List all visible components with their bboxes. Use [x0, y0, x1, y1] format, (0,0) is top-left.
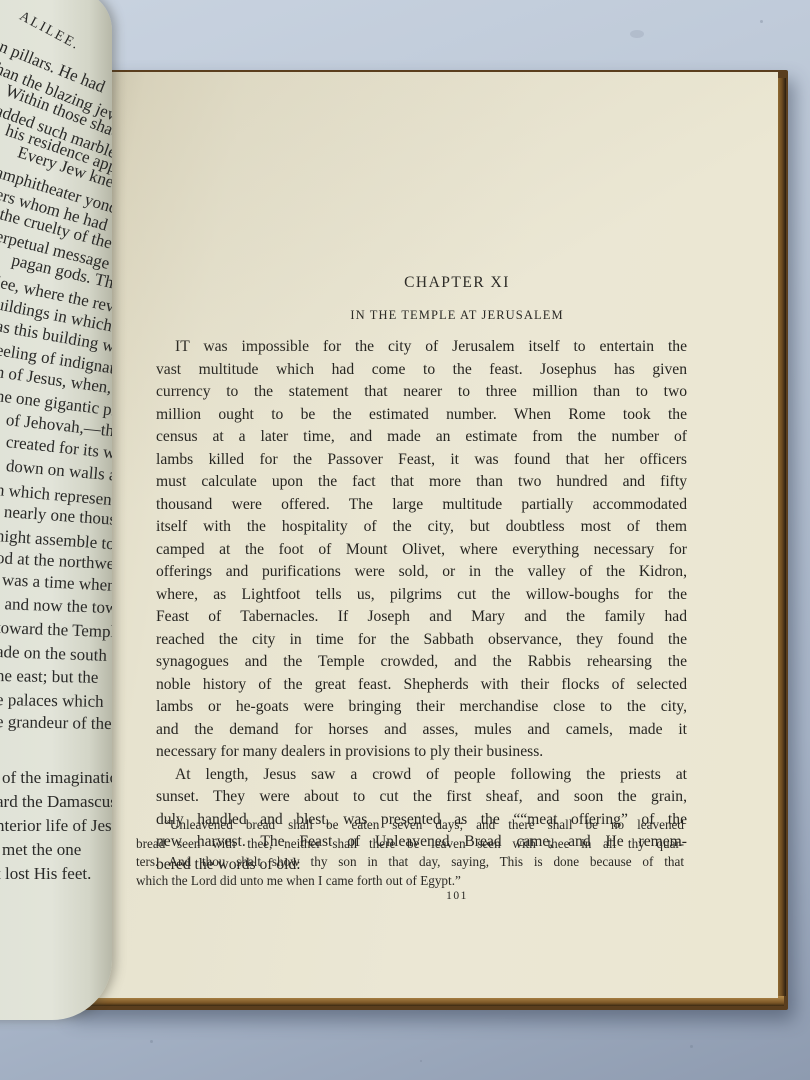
quote-line: ters. And thou shalt show thy son in tha…: [136, 853, 684, 872]
surface-speck: [690, 1045, 693, 1048]
text-line: currency to the statement that nearer to…: [156, 381, 687, 404]
quote-line: which the Lord did unto me when I came f…: [136, 872, 684, 891]
left-line: t lost His feet.: [0, 864, 91, 884]
text-line: census at a later time, and made an esti…: [156, 426, 687, 449]
page-number: 101: [96, 890, 778, 902]
text-line: lambs or he-goats were bringing their me…: [156, 696, 687, 719]
chapter-title: IN THE TEMPLE AT JERUSALEM: [96, 308, 778, 323]
text-line: lambs killed for the Passover Feast, it …: [156, 449, 687, 472]
text-line: synagogues and the Temple crowded, and t…: [156, 651, 687, 674]
chapter-heading: CHAPTER XI: [96, 274, 778, 292]
left-line: e grandeur of the: [0, 712, 112, 734]
body-text: IT was impossible for the city of Jerusa…: [156, 336, 687, 876]
left-page: ALILEE. n pillars. He had han the blazin…: [0, 0, 112, 1020]
right-page: CHAPTER XI IN THE TEMPLE AT JERUSALEM IT…: [96, 72, 778, 998]
text-line: offerings and purifications were sold, o…: [156, 561, 687, 584]
surface-speck: [420, 1060, 422, 1062]
text-line: million ought to be the estimated number…: [156, 404, 687, 427]
left-line: toward the Temple: [0, 618, 112, 642]
left-line: was a time when: [1, 570, 112, 596]
quote-line: bread seen with thee, neither shall ther…: [136, 835, 684, 854]
text-line: camped at the foot of Mount Olivet, wher…: [156, 539, 687, 562]
text-line: At length, Jesus saw a crowd of people f…: [156, 764, 687, 787]
text-line: sunset. They were about to cut the first…: [156, 786, 687, 809]
left-line: ade on the south: [0, 642, 107, 666]
left-line: of the imagination: [2, 768, 112, 788]
text-line: reached the city in time for the Sabbath…: [156, 629, 687, 652]
quote-line: “Unleavened bread shall be eaten seven d…: [136, 816, 684, 835]
text-line: necessary for many dealers in provisions…: [156, 741, 687, 764]
left-line: , and now the tower: [0, 594, 112, 619]
left-line: ne east; but the: [0, 666, 99, 688]
surface-speck: [150, 1040, 153, 1043]
text-line: Feast of Tabernacles. If Joseph and Mary…: [156, 606, 687, 629]
scripture-quote: “Unleavened bread shall be eaten seven d…: [136, 816, 684, 890]
surface-speck: [760, 20, 763, 23]
text-line: vast multitude which had come to the fea…: [156, 359, 687, 382]
text-line: and the demand for horses and asses, mul…: [156, 719, 687, 742]
text-line: itself with the hospitality of the city,…: [156, 516, 687, 539]
left-line: met the one: [2, 840, 81, 860]
left-line: ard the Damascus: [0, 792, 112, 812]
text-line: where, as Lightfoot tells us, pilgrims c…: [156, 584, 687, 607]
text-line: IT was impossible for the city of Jerusa…: [156, 336, 687, 359]
text-line: thousand were offered. The large multitu…: [156, 494, 687, 517]
surface-stain: [630, 30, 644, 38]
left-line: nterior life of Jesus: [0, 816, 112, 836]
left-line: e palaces which: [0, 690, 104, 712]
text-line: must calculate upon the fact that more t…: [156, 471, 687, 494]
text-line: noble history of the great feast. Shephe…: [156, 674, 687, 697]
